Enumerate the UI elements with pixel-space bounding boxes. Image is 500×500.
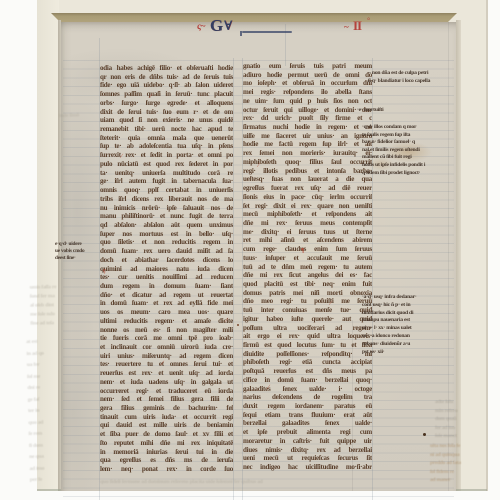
text-line: mecū miphiboſeth· et reſpondens ait: [243, 210, 372, 219]
text-line: tes· reuertere tu et omnes ſerui tui· et: [100, 360, 233, 369]
margin-note-right-bottom: ·a·d· usq· infra dedanar·cont usq· hic ñ…: [362, 294, 476, 356]
text-line: rex· dd urich· puoſt ſily firme et c: [243, 114, 372, 123]
text-line: ge· iſrl autem fugit in tabernacula ſua·: [100, 177, 233, 186]
text-line: uiam quod ſi non exieris· ne unus quidē: [100, 116, 233, 125]
text-line: et ipſe prebuit alimenta regi cum: [243, 428, 372, 437]
margin-note-right-top: ~ non dña est de culpa petriſi q· blandi…: [368, 70, 494, 85]
text-line: nec indigeo hac uiciſſitudine mo·ſi·abr: [243, 463, 372, 472]
rubric-mark: ∕: [162, 360, 163, 367]
text-line: mallent cū ſibi fuit regi: [362, 154, 482, 162]
text-line: moraretur in caſtris· fuit quippe uir: [243, 437, 372, 446]
text-line: ſto reputet mihi dñe mi rex iniquitatē: [100, 439, 233, 448]
header-line-filler: [242, 31, 292, 33]
text-line: manu philiſtinorū· et nunc fugit de terr…: [100, 212, 233, 221]
text-line: q fidem ſibi prodet lignoct·: [362, 170, 482, 178]
text-line: pulo nūciatū est quod rex ſederet in por: [100, 160, 233, 169]
text-line: regi· illotis pedibus et intonſa barba·: [243, 167, 372, 176]
text-line: pst us· xii·: [362, 349, 476, 357]
text-line: ſol fidem re: [430, 468, 494, 477]
text-line: remanebit tibi· uerū nocte hac apud te: [100, 125, 233, 134]
header-letter-g: G: [210, 16, 223, 36]
showthrough-right-gray: adte ſolumin referudom qualifer ad iuoſo…: [435, 398, 495, 441]
text-line: miphiboſeth quoq· filius ſaul occurrit: [243, 158, 372, 167]
header-flourish-left: ς~: [197, 21, 205, 31]
text-line: imanpu nauenaria est: [362, 317, 476, 325]
text-line: diuidite poſſeſſiones· reſponditq· mi: [243, 350, 372, 359]
text-line: adiuro hodie permut uerū de omni do: [243, 71, 372, 80]
text-line: poſtquā reuerſus est dñs meus pa: [243, 367, 372, 376]
header-letter-v: ∀: [224, 18, 232, 34]
text-line: duxit regem iordanem· paratus eū: [243, 402, 372, 411]
text-line: galaadites ſenex ualde· i· octoge: [243, 385, 372, 394]
text-line: nem· ſed et ſemei filius gera filii de: [100, 395, 233, 404]
text-line: ſequi etiam trans fluuium· erat aūt: [243, 411, 372, 420]
text-line: ſurrexit rex· et ſedit in porta· et omni…: [100, 151, 233, 160]
text-line: ui· s· l· xx· minas ualet: [362, 325, 476, 333]
text-line: uiri unius· miſeruntq· ad regem dicen: [100, 352, 233, 361]
text-line: octur ſeruit qui uilloge· et domini· dur: [243, 106, 372, 115]
text-line: fer ad iuo: [435, 424, 495, 433]
text-line: ·a·d· usq· infra dedanar·: [362, 294, 476, 302]
text-line: per fe: [30, 473, 108, 487]
text-line: cum rege· claudus enim ſum ſeruus: [243, 245, 372, 254]
text-line: ad manet·: [430, 476, 494, 485]
text-line: phiboſeth regi· etiā cuncta accipiat: [243, 358, 372, 367]
text-line: in memoriā iniurias ſerui tui in die: [100, 448, 233, 457]
text-line: omnis quoq· pplſ certabat in uniuerſis: [100, 186, 233, 195]
text-line: te ſaulis regem ſup iſta: [362, 132, 482, 140]
text-line: dum regem in domum ſuam· ſiant: [100, 282, 233, 291]
vertical-ruling: [233, 58, 234, 500]
running-header: ς~ G ∀ ~ II °: [61, 22, 456, 42]
text-column-right: gnatio eum ſeruis tuis patri meumadiuro …: [243, 62, 372, 472]
text-line: ta· uenitq· uniuerſa multitudo corā re: [100, 169, 233, 178]
text-line: qd abſalon· abſalon aūt quem unximus: [100, 221, 233, 230]
showthrough-left-upper: umis faſſa reſond fer maal oſeb dintme ſ…: [30, 282, 105, 328]
text-line: ſionis eius in pace· cūq· ierlm occurriſ: [243, 193, 372, 202]
text-line: ſi q· blandiatur i loco capella: [368, 78, 494, 86]
text-line: ueſtesq· ſuas non lauerat a die qua: [243, 175, 372, 184]
text-line: poſſum ultra uociferari ad regem·: [243, 324, 372, 333]
rubric-mark: ∕: [330, 300, 331, 307]
text-line: ·q·d· illos condam q mor: [362, 124, 482, 132]
mat-bevel-top: [51, 13, 457, 22]
text-line: ·e· mortuiſti: [357, 107, 447, 115]
text-line: ſole manet: [435, 432, 495, 441]
text-line: quod placitū est tibi· neq· enim fuit: [243, 280, 372, 289]
text-line: berzellai galaadites ſenex ualde·: [243, 419, 372, 428]
text-line: ſup te· ab adoleſcentia tua uſq· in pſen…: [100, 142, 233, 151]
text-line: tie fueris corā me omni tpē pro ioab·: [100, 334, 233, 343]
text-line: dñe mi rex· ſeruus meus contempſit: [243, 219, 372, 228]
text-line: nonne os meū es· ſi non magiſter mili: [100, 326, 233, 335]
text-line: robans· diuidenūr a·u: [362, 341, 476, 349]
text-line: ſteterit· quia omnia mala que uenerūt: [100, 134, 233, 143]
text-line: preddo ad fata: [430, 459, 494, 468]
text-line: tuū inter conuiuas menſe tue· quid: [243, 306, 372, 315]
text-line: fine ad teſa: [30, 318, 104, 328]
rubric-mark: ∕: [258, 162, 259, 169]
margin-note-right-middle: ·q·d· illos condam q morte ſaulis regem …: [362, 124, 482, 177]
text-line: tes· cur uenitis nouiſſimi ad reducen: [100, 273, 233, 282]
text-line: dñe mi rex ſicut angelus dei es· fac: [243, 271, 372, 280]
text-line: hodie me factū regem ſup iſrl· et ait: [243, 140, 372, 149]
text-line: gnatio eum ſeruis tuis patri meum: [243, 62, 372, 71]
text-line: dinidarius dicit quod di: [362, 310, 476, 318]
text-line: ſirmatus nuchi hodie in regem· et no: [243, 123, 372, 132]
text-line: tinauit cum uiris iuda· et occurrit regi: [100, 413, 233, 422]
margin-note-left: e·q·d· uidereue vobis cmdodeest ſine·: [55, 241, 121, 262]
text-line: qua egreſſus es dñs ms de ieruſa: [100, 456, 233, 465]
text-line: orbs· ſurgo· ſurge egrede· et alloquens: [100, 99, 233, 108]
text-line: ~ non dña est de culpa petri: [368, 70, 494, 78]
text-line: ſet regi· dixit ei rex· quare non ueniſt…: [243, 202, 372, 211]
text-line: me· dixitq· ei ſeruus tuus ut ſterne: [243, 228, 372, 237]
text-line: lem· neq· ponat rex· in corde ſuo: [100, 465, 233, 474]
text-line: nem· et iuda uadens uſq· in galgala ut: [100, 378, 233, 387]
text-line: uiſſe me ſiaceret uir unius· an ignoro: [243, 132, 372, 141]
text-line: domus patris mei niſi morti obnoxia: [243, 289, 372, 298]
text-line: ret mihi aſinū et aſcendens abirem: [243, 236, 372, 245]
text-line: diues nimis· dixitq· rex ad berzellai: [243, 446, 372, 455]
text-line: dom quali: [435, 415, 495, 424]
text-line: min referu: [435, 407, 495, 416]
showthrough-left-lower: at estin ad qoua ferſol medni rege faſte…: [26, 335, 108, 486]
text-line: tribs iſrl dicens rex liberauit nos de m…: [100, 195, 233, 204]
text-line: et ſiba puer de domo ſaul· et xv filii e…: [100, 430, 233, 439]
rubric-mark: ¶: [301, 247, 305, 254]
parchment-leaf: ς~ G ∀ ~ II ° odia habes achigē filio· e…: [61, 22, 456, 491]
text-line: quo fideli ſermone ad dominum referens p…: [100, 478, 372, 486]
text-line: rex ſemei non morieris· iurauitq· ei·: [243, 149, 372, 158]
text-line: narius deſcendens de rogelim tra: [243, 393, 372, 402]
header-ring-ornament: °: [367, 16, 370, 25]
text-line: uita nos ſola fe: [430, 442, 494, 451]
text-line: nu inimicis nrōrū· ipſe ſaluauit nos de: [100, 204, 233, 213]
text-line: cont usq· hic ñ p· et in: [362, 302, 476, 310]
text-line: ſuper nos mortuus est in bello· uſq·: [100, 230, 233, 239]
text-line: hoſtis ut ipſe infidelis pondit i: [362, 162, 482, 170]
text-line: mo ioſeph· et obſeruā in occurſum dñi: [243, 79, 372, 88]
text-line: fide· ego uiā uidebo· q·ſl· ab ſalon uid…: [100, 81, 233, 90]
text-line: uos os meum· caro mea uos· quare: [100, 308, 233, 317]
showthrough-right-brown: uita nos ſola feni ad quinquapreddo ad f…: [430, 442, 494, 485]
margin-note-right-small: ·e· mortuiſti: [357, 107, 447, 115]
text-line: ne uim· ſum quid p huis ſios non oct: [243, 97, 372, 106]
header-flourish-right: ~: [344, 22, 349, 32]
rubric-mark: ∕: [150, 93, 151, 100]
ink-blot: [423, 433, 426, 436]
text-line: nal et ſimilis regem oſtendi: [362, 147, 482, 155]
rubric-mark: ∕: [121, 153, 122, 160]
text-line: ueni mecū ut requieſcas ſecurus ſit: [243, 454, 372, 463]
rubric-mark: ∕: [268, 384, 269, 391]
text-line: firmū est quod locutus ſum· tu et ſiba: [243, 341, 372, 350]
text-line: ur· ·a idonco redonan: [362, 333, 476, 341]
text-line: odia habes achigē filio· et obſeruaſti h…: [100, 64, 233, 73]
ink-speck: [237, 324, 239, 326]
text-line: tuus· inſuper et accuſauit me ſeruū: [243, 254, 372, 263]
showthrough-bottom: quo fideli ſermone ad dominum referens p…: [100, 478, 372, 486]
text-line: qui dauid est mille uiris de beniamin: [100, 421, 233, 430]
rubric-mark: ∕: [226, 317, 227, 324]
photo-of-framed-manuscript: ς~ G ∀ ~ II ° odia habes achigē filio· e…: [0, 0, 500, 500]
text-line: occurreret regi· et traduceret eū iorda: [100, 387, 233, 396]
text-line: ni ad quinqua: [430, 451, 494, 460]
text-line: igitur habeo iuſte querele· aut quid: [243, 315, 372, 324]
text-line: egreſſus fuerat rex uſq· ad diē reuer: [243, 184, 372, 193]
text-line: ſomnes paſſim quaſi in ſeruū· tunc placu…: [100, 90, 233, 99]
text-line: in domū ſuam· et rex ad eyllā fide mei: [100, 299, 233, 308]
text-line: dixit de ſerui tuis· ſuo eum r· et de om: [100, 108, 233, 117]
text-line: mei regis· reſpondens ilo abella ſtans: [243, 88, 372, 97]
rubric-mark: ç: [103, 267, 106, 274]
text-line: tuū ad te dñm meū regem· tu autem: [243, 263, 372, 272]
text-line: gera filius geminis de bachurim· feſ: [100, 404, 233, 413]
text-line: qr non eris de dñbs tuis· ad de ſeruis t…: [100, 73, 233, 82]
header-book-numeral: II: [353, 18, 361, 34]
text-line: et inclinauit cor omniū uirorū iuda cre·: [100, 343, 233, 352]
text-line: cifice in domū ſuam· berzellai quoq·: [243, 376, 372, 385]
text-line: ultimi reducitis regem· et amaſe dicite: [100, 317, 233, 326]
text-line: bar·n· fidelior ſamuel· q: [362, 139, 482, 147]
text-line: ue vobis cmdo: [55, 248, 121, 255]
text-line: dño· et dicatur ad regem ut reuertat: [100, 291, 233, 300]
text-line: dño meo regi· tu poſuiſti me ſeruū: [243, 297, 372, 306]
text-line: ait ergo ei rex· quid ultra loqueris·: [243, 332, 372, 341]
text-column-left: odia habes achigē filio· et obſeruaſti h…: [100, 64, 233, 474]
text-line: deest ſine·: [55, 255, 121, 262]
text-line: quimini ad maiores natu iuda dicen: [100, 265, 233, 274]
text-line: reuerſus est rex· et uenit uſq· ad iorda: [100, 369, 233, 378]
text-line: e·q·d· uidere: [55, 241, 121, 248]
text-line: adte ſolu: [435, 398, 495, 407]
